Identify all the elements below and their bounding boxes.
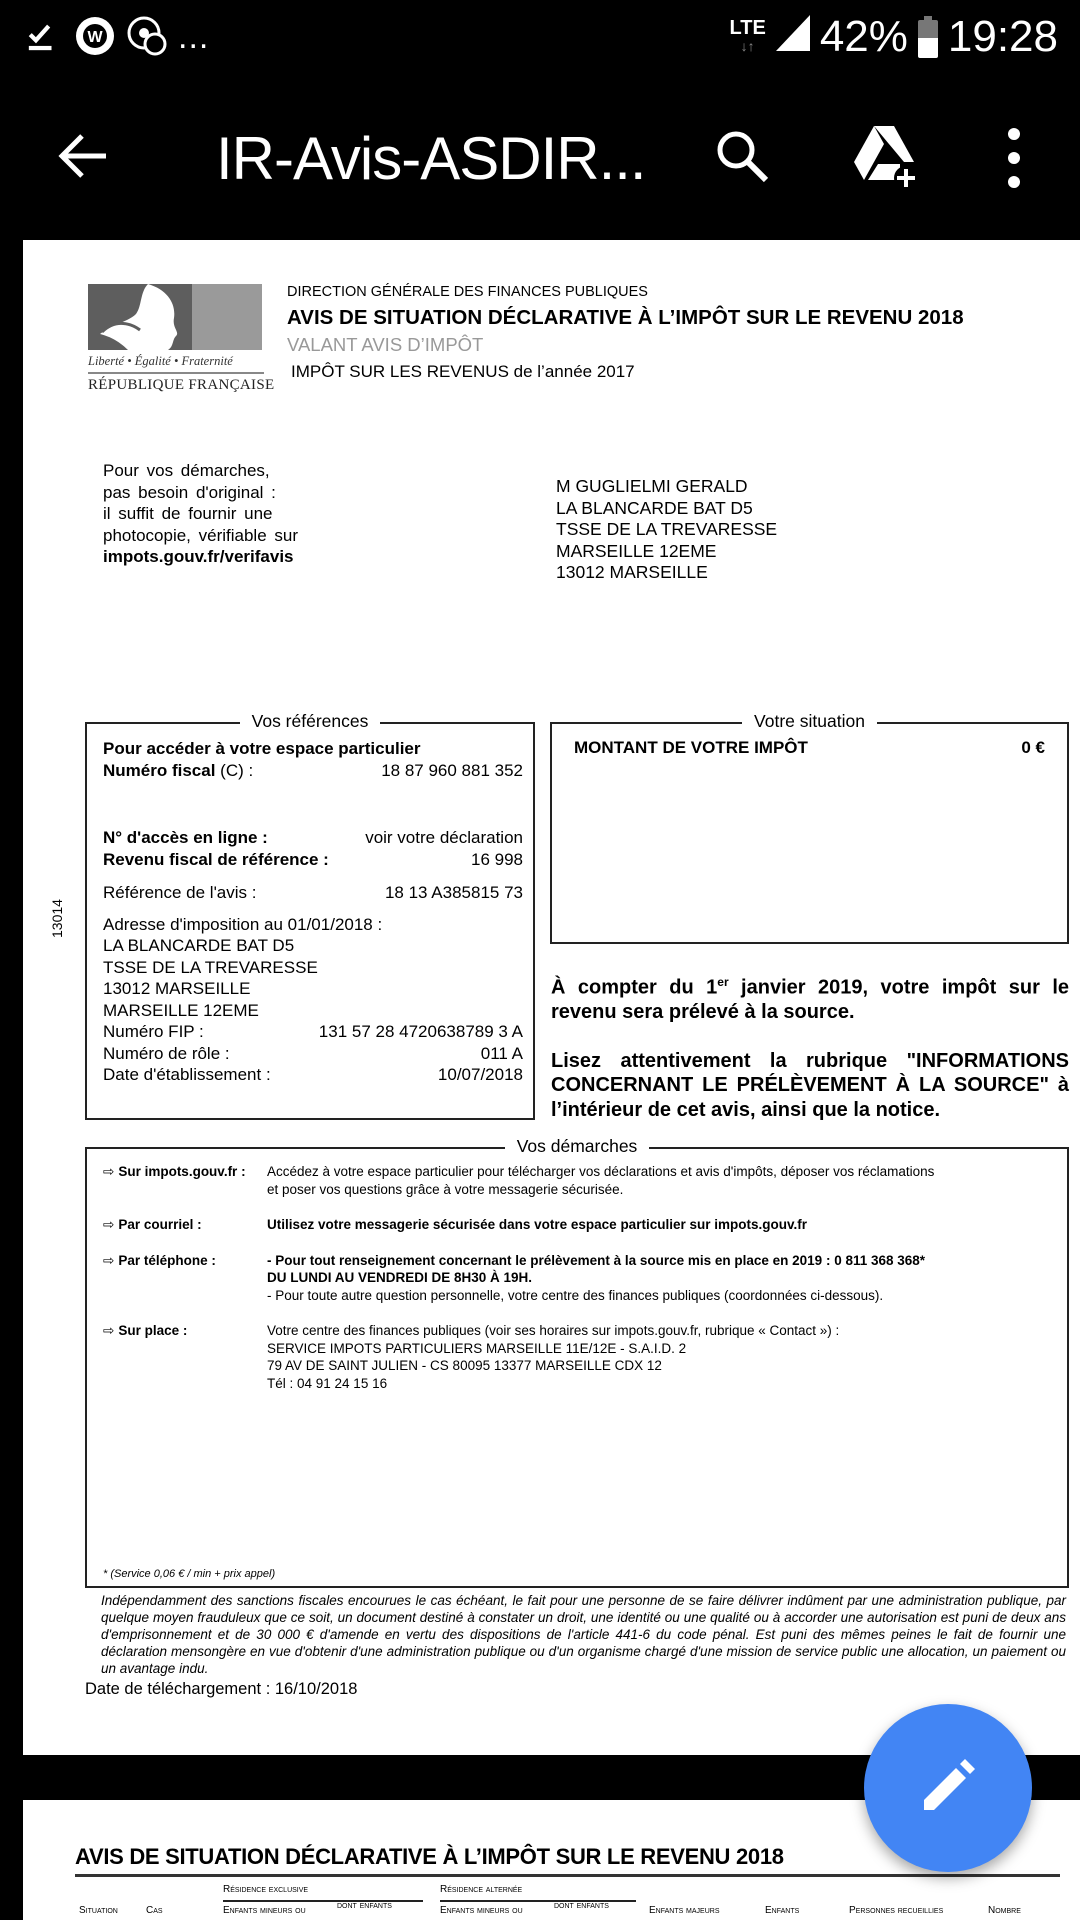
group-alternate: Résidence alternée [440,1884,522,1895]
svg-text:W: W [87,29,103,46]
procedure-email: Par courriel : Utilisez votre messagerie… [103,1216,1051,1234]
marianne-icon [88,284,262,350]
document-title: IR-Avis-ASDIR... [216,124,646,193]
page2-title: AVIS DE SITUATION DÉCLARATIVE À L’IMPÔT … [75,1844,784,1870]
verification-note: Pour vos démarches, pas besoin d'origina… [103,460,298,568]
soccer-app-icon [126,15,168,57]
col-cas: Cas [146,1905,163,1916]
notice-ref-row: Référence de l'avis :18 13 A385815 73 [103,882,523,904]
procedures-legend: Vos démarches [505,1136,650,1156]
wsop-poker-icon: W [74,15,116,57]
col-dependents: Personnes recueillies [849,1905,943,1916]
tax-amount-row: MONTANT DE VOTRE IMPÔT 0 € [574,738,1045,758]
document-header: DIRECTION GÉNÉRALE DES FINANCES PUBLIQUE… [287,284,964,382]
download-done-icon [22,15,64,57]
search-icon[interactable] [712,126,772,186]
legal-notice: Indépendamment des sanctions fiscales en… [101,1592,1066,1677]
col-disabled-exclusive: dont enfants [337,1900,392,1911]
group-exclusive: Résidence exclusive [223,1884,308,1895]
col-number: Nombre [988,1905,1021,1916]
income-year: IMPÔT SUR LES REVENUS de l’année 2017 [291,362,964,382]
role-row: Numéro de rôle :011 A [103,1043,523,1065]
fiscal-number-row: Numéro fiscal (C) :18 87 960 881 352 [103,760,523,782]
access-heading: Pour accéder à votre espace particulier [103,738,421,760]
battery-icon [918,20,938,58]
edit-fab-button[interactable] [864,1704,1032,1872]
online-access-row: N° d'accès en ligne :voir votre déclarat… [103,827,523,849]
situation-box: Votre situation MONTANT DE VOTRE IMPÔT 0… [550,722,1069,944]
situation-legend: Votre situation [742,711,877,731]
clock: 19:28 [948,12,1058,62]
agency-name: DIRECTION GÉNÉRALE DES FINANCES PUBLIQUE… [287,284,964,300]
phone-cost-footnote: * (Service 0,06 € / min + prix appel) [103,1568,275,1580]
battery-percent: 42% [820,12,908,62]
republic-name: RÉPUBLIQUE FRANÇAISE [88,377,264,394]
col-minors-alternate: Enfants mineurs ou [440,1905,523,1916]
rfr-row: Revenu fiscal de référence :16 998 [103,849,523,871]
procedure-online: Sur impots.gouv.fr : Accédez à votre esp… [103,1163,1051,1198]
tax-amount: 0 € [1021,738,1045,758]
side-code: 13014 [49,899,65,938]
references-box: Vos références Pour accéder à votre espa… [85,722,535,1120]
recipient-address: M GUGLIELMI GERALD LA BLANCARDE BAT D5 T… [556,476,777,584]
notification-overflow: ... [178,18,209,57]
tax-address-label: Adresse d'imposition au 01/01/2018 : [103,914,523,936]
pdf-page-1: Liberté • Égalité • Fraternité RÉPUBLIQU… [23,240,1080,1755]
republique-francaise-logo: Liberté • Égalité • Fraternité RÉPUBLIQU… [88,284,264,392]
date-row: Date d'établissement :10/07/2018 [103,1064,523,1086]
republic-motto: Liberté • Égalité • Fraternité [88,354,264,369]
app-bar: IR-Avis-ASDIR... [0,76,1080,236]
drive-add-icon[interactable] [852,122,922,192]
notice-subtitle: VALANT AVIS D’IMPÔT [287,334,964,356]
col-adult-children: Enfants majeurs [649,1905,720,1916]
edit-pencil-icon [920,1758,976,1819]
procedure-in-person: Sur place : Votre centre des finances pu… [103,1322,1051,1392]
col-minors-exclusive: Enfants mineurs ou [223,1905,306,1916]
col-disabled-alternate: dont enfants [554,1900,609,1911]
procedure-phone: Par téléphone : - Pour tout renseignemen… [103,1252,1051,1305]
status-bar: W ... LTE↓↑ 42% 19:28 [0,0,1080,76]
fip-row: Numéro FIP :131 57 28 4720638789 3 A [103,1021,523,1043]
signal-icon [776,12,810,62]
col-married-children: Enfants [765,1905,799,1916]
col-situation: Situation [79,1905,118,1916]
references-legend: Vos références [240,711,381,731]
withholding-notice: À compter du 1er janvier 2019, votre imp… [551,970,1069,1122]
back-arrow-icon[interactable] [56,128,112,184]
more-vert-icon[interactable] [998,126,1030,190]
procedures-box: Vos démarches Sur impots.gouv.fr : Accéd… [85,1147,1069,1588]
verifavis-link[interactable]: impots.gouv.fr/verifavis [103,546,298,568]
download-date: Date de téléchargement : 16/10/2018 [85,1680,357,1699]
notice-title: AVIS DE SITUATION DÉCLARATIVE À L’IMPÔT … [287,306,964,330]
network-indicator: LTE↓↑ [730,19,766,55]
